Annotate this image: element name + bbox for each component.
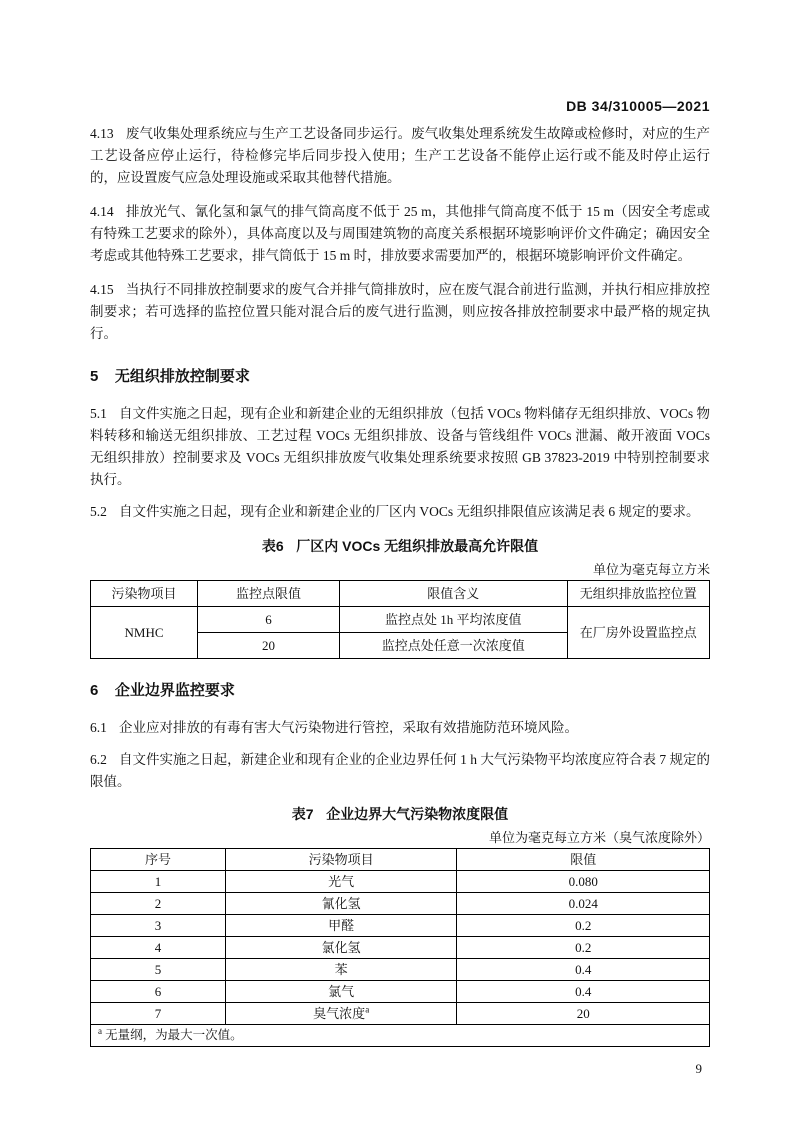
table6-pollutant-cell: NMHC	[91, 607, 198, 659]
table6-col-location: 无组织排放监控位置	[567, 581, 709, 607]
table6-header-row: 污染物项目 监控点限值 限值含义 无组织排放监控位置	[91, 581, 710, 607]
section-5-title: 无组织排放控制要求	[115, 368, 250, 385]
table7-footnote-row: a 无量纲，为最大一次值。	[91, 1025, 710, 1047]
table7-col-no: 序号	[91, 849, 226, 871]
table6-caption: 表6厂区内 VOCs 无组织排放最高允许限值	[90, 537, 710, 555]
section-6-number: 6	[90, 682, 98, 699]
clause-5-2: 5.2自文件实施之日起，现有企业和新建企业的厂区内 VOCs 无组织排限值应该满…	[90, 501, 710, 523]
clause-5-1-text: 自文件实施之日起，现有企业和新建企业的无组织排放（包括 VOCs 物料储存无组织…	[90, 406, 710, 487]
table7-row-3: 3 甲醛 0.2	[91, 915, 710, 937]
table6-row-1: NMHC 6 监控点处 1h 平均浓度值 在厂房外设置监控点	[91, 607, 710, 633]
table6-meaning-cell: 监控点处任意一次浓度值	[339, 633, 567, 659]
clause-5-2-number: 5.2	[90, 504, 107, 519]
clause-4-14-text: 排放光气、氰化氢和氯气的排气筒高度不低于 25 m，其他排气筒高度不低于 15 …	[90, 204, 710, 263]
page-number: 9	[90, 1061, 710, 1077]
clause-5-2-text: 自文件实施之日起，现有企业和新建企业的厂区内 VOCs 无组织排限值应该满足表 …	[119, 504, 700, 519]
table7-row-5: 5 苯 0.4	[91, 959, 710, 981]
clause-4-13-text: 废气收集处理系统应与生产工艺设备同步运行。废气收集处理系统发生故障或检修时，对应…	[90, 126, 710, 185]
table7-row-2: 2 氰化氢 0.024	[91, 893, 710, 915]
table7: 序号 污染物项目 限值 1 光气 0.080 2 氰化氢 0.024 3 甲醛	[90, 848, 710, 1047]
table7-label: 表7	[292, 806, 314, 822]
row-no: 2	[91, 893, 226, 915]
clause-4-15-text: 当执行不同排放控制要求的废气合并排气筒排放时，应在废气混合前进行监测，并执行相应…	[90, 282, 710, 341]
table6-meaning-cell: 监控点处 1h 平均浓度值	[339, 607, 567, 633]
section-5-heading: 5无组织排放控制要求	[90, 367, 710, 387]
row-pollutant: 氰化氢	[225, 893, 457, 915]
clause-5-1: 5.1自文件实施之日起，现有企业和新建企业的无组织排放（包括 VOCs 物料储存…	[90, 403, 710, 491]
footnote-text: 无量纲，为最大一次值。	[105, 1028, 243, 1042]
table6-label: 表6	[262, 538, 284, 554]
row-limit: 0.2	[457, 937, 710, 959]
clause-5-1-number: 5.1	[90, 406, 107, 421]
table7-footnote: a 无量纲，为最大一次值。	[91, 1025, 710, 1047]
table7-row-1: 1 光气 0.080	[91, 871, 710, 893]
section-6-heading: 6企业边界监控要求	[90, 681, 710, 701]
table7-col-pollutant: 污染物项目	[225, 849, 457, 871]
table7-row-7: 7 臭气浓度a 20	[91, 1003, 710, 1025]
doc-code-header: DB 34/310005—2021	[90, 98, 710, 115]
table6-col-limit: 监控点限值	[198, 581, 340, 607]
table7-title: 企业边界大气污染物浓度限值	[326, 806, 508, 822]
table7-header-row: 序号 污染物项目 限值	[91, 849, 710, 871]
clause-6-2: 6.2自文件实施之日起，新建企业和现有企业的企业边界任何 1 h 大气污染物平均…	[90, 749, 710, 793]
clause-6-2-number: 6.2	[90, 752, 107, 767]
row-pollutant: 氯化氢	[225, 937, 457, 959]
row-no: 3	[91, 915, 226, 937]
row-no: 1	[91, 871, 226, 893]
row-no: 6	[91, 981, 226, 1003]
table7-unit-note: 单位为毫克每立方米（臭气浓度除外）	[90, 829, 710, 846]
clause-4-14: 4.14排放光气、氰化氢和氯气的排气筒高度不低于 25 m，其他排气筒高度不低于…	[90, 201, 710, 267]
section-6-title: 企业边界监控要求	[115, 682, 235, 699]
row-pollutant: 苯	[225, 959, 457, 981]
row-pollutant-text: 臭气浓度	[313, 1006, 365, 1021]
row-limit: 20	[457, 1003, 710, 1025]
table6-limit-cell: 6	[198, 607, 340, 633]
table6-col-pollutant: 污染物项目	[91, 581, 198, 607]
clause-4-15-number: 4.15	[90, 282, 114, 297]
table7-row-6: 6 氯气 0.4	[91, 981, 710, 1003]
row-pollutant: 光气	[225, 871, 457, 893]
section-5-number: 5	[90, 368, 98, 385]
table6-location-cell: 在厂房外设置监控点	[567, 607, 709, 659]
table6-unit-note: 单位为毫克每立方米	[90, 561, 710, 578]
row-limit: 0.4	[457, 981, 710, 1003]
table7-row-4: 4 氯化氢 0.2	[91, 937, 710, 959]
table6-col-meaning: 限值含义	[339, 581, 567, 607]
table7-col-limit: 限值	[457, 849, 710, 871]
row-limit: 0.2	[457, 915, 710, 937]
table7-caption: 表7企业边界大气污染物浓度限值	[90, 805, 710, 823]
document-page: DB 34/310005—2021 4.13废气收集处理系统应与生产工艺设备同步…	[0, 0, 793, 1122]
table6: 污染物项目 监控点限值 限值含义 无组织排放监控位置 NMHC 6 监控点处 1…	[90, 580, 710, 659]
footnote-ref: a	[365, 1005, 369, 1015]
clause-6-1: 6.1企业应对排放的有毒有害大气污染物进行管控，采取有效措施防范环境风险。	[90, 717, 710, 739]
row-no: 4	[91, 937, 226, 959]
row-pollutant: 氯气	[225, 981, 457, 1003]
page-content: DB 34/310005—2021 4.13废气收集处理系统应与生产工艺设备同步…	[90, 98, 710, 1077]
clause-6-2-text: 自文件实施之日起，新建企业和现有企业的企业边界任何 1 h 大气污染物平均浓度应…	[90, 752, 710, 789]
row-limit: 0.080	[457, 871, 710, 893]
table6-title: 厂区内 VOCs 无组织排放最高允许限值	[296, 538, 538, 554]
row-no: 7	[91, 1003, 226, 1025]
clause-4-15: 4.15当执行不同排放控制要求的废气合并排气筒排放时，应在废气混合前进行监测，并…	[90, 279, 710, 345]
row-no: 5	[91, 959, 226, 981]
table6-limit-cell: 20	[198, 633, 340, 659]
clause-6-1-number: 6.1	[90, 720, 107, 735]
row-pollutant: 臭气浓度a	[225, 1003, 457, 1025]
clause-4-13: 4.13废气收集处理系统应与生产工艺设备同步运行。废气收集处理系统发生故障或检修…	[90, 123, 710, 189]
clause-6-1-text: 企业应对排放的有毒有害大气污染物进行管控，采取有效措施防范环境风险。	[119, 720, 578, 735]
footnote-marker: a	[98, 1026, 102, 1036]
clause-4-13-number: 4.13	[90, 126, 114, 141]
row-pollutant: 甲醛	[225, 915, 457, 937]
row-limit: 0.4	[457, 959, 710, 981]
clause-4-14-number: 4.14	[90, 204, 114, 219]
row-limit: 0.024	[457, 893, 710, 915]
